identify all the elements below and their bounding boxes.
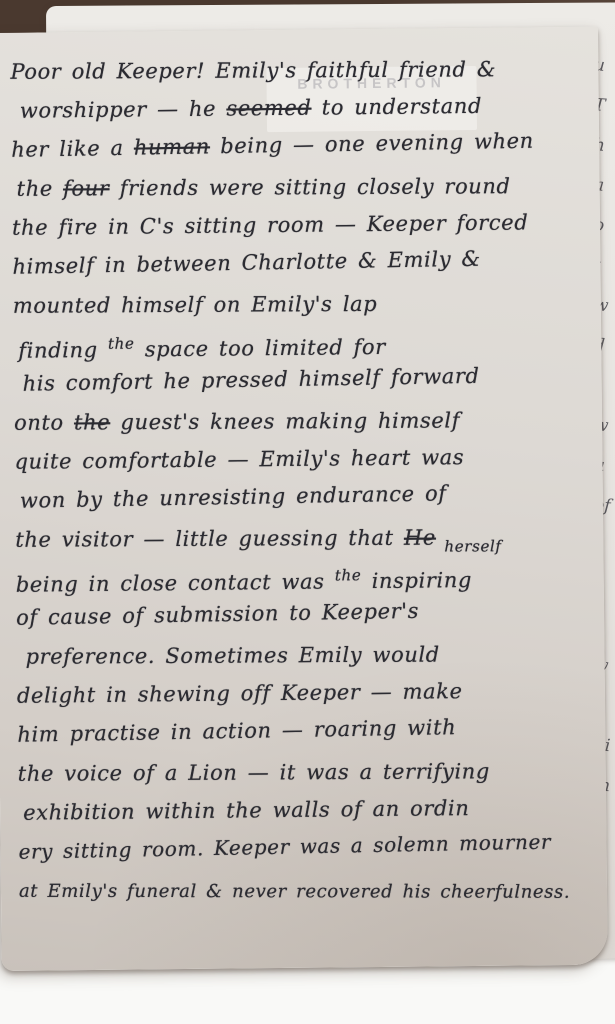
manuscript-text: Poor old Keeper! Emily's faithful friend… (10, 57, 496, 84)
struck-word: seemed (226, 96, 311, 121)
manuscript-text: the visitor — little guessing that (15, 526, 404, 552)
manuscript-text: the fire in C's sitting room — Keeper fo… (12, 210, 529, 239)
manuscript-text: to understand (311, 94, 482, 120)
struck-word: human (134, 134, 210, 159)
manuscript-text: himself in between Charlotte & Emily & (12, 247, 481, 279)
manuscript-text: delight in shewing off Keeper — make (17, 679, 463, 708)
manuscript-text: worshipper — he (20, 97, 227, 123)
manuscript-text: him practise in action — roaring with (17, 715, 456, 747)
manuscript-text: being in close contact was (16, 569, 335, 596)
manuscript-text: preference. Sometimes Emily would (25, 643, 439, 669)
photograph: uThaotwdtwuofthtwhdimzy BROTHERTON Poor … (0, 0, 615, 1024)
struck-word: the (74, 410, 110, 434)
manuscript-text: of cause of submission to Keeper's (16, 599, 419, 630)
manuscript-text: friends were sitting closely round (109, 174, 510, 200)
manuscript-text: his comfort he pressed himself forward (22, 364, 479, 396)
manuscript-text: being — one evening when (210, 129, 534, 159)
manuscript-line: preference. Sometimes Emily would (25, 635, 591, 677)
manuscript-text: onto (14, 410, 74, 434)
manuscript-text: mounted himself on Emily's lap (13, 292, 378, 318)
struck-word: four (63, 176, 110, 200)
manuscript-text: finding (18, 338, 108, 363)
manuscript-text: exhibition within the walls of an ordin (23, 796, 469, 825)
manuscript-line: mounted himself on Emily's lap (13, 284, 588, 326)
manuscript-text: the (335, 566, 362, 584)
manuscript-text: the voice of a Lion — it was a terrifyin… (18, 759, 490, 785)
manuscript-text: space too limited for (134, 335, 386, 362)
manuscript-text: quite comfortable — Emily's heart was (14, 445, 464, 474)
manuscript-text: won by the unresisting endurance of (20, 481, 447, 512)
manuscript-line: the four friends were sitting closely ro… (17, 167, 587, 209)
manuscript-text: guest's knees making himself (110, 408, 460, 434)
manuscript-line: the visitor — little guessing that He he… (15, 518, 590, 560)
manuscript-line: Poor old Keeper! Emily's faithful friend… (10, 50, 585, 92)
manuscript-line: the voice of a Lion — it was a terrifyin… (18, 752, 593, 794)
manuscript-text: at Emily's funeral & never recovered his… (19, 881, 570, 903)
manuscript-text: inspiring (361, 568, 472, 593)
struck-word: He (404, 526, 436, 550)
manuscript-text: the (17, 177, 64, 201)
manuscript-lines: Poor old Keeper! Emily's faithful friend… (10, 47, 594, 911)
manuscript-text: ery sitting room. Keeper was a solemn mo… (18, 830, 551, 864)
manuscript-page: BROTHERTON Poor old Keeper! Emily's fait… (0, 27, 608, 971)
manuscript-line: onto the guest's knees making himself (14, 401, 589, 443)
manuscript-text: herself (436, 537, 502, 555)
manuscript-text: the (108, 335, 135, 353)
manuscript-line: at Emily's funeral & never recovered his… (19, 872, 594, 912)
manuscript-text: her like a (11, 136, 134, 162)
